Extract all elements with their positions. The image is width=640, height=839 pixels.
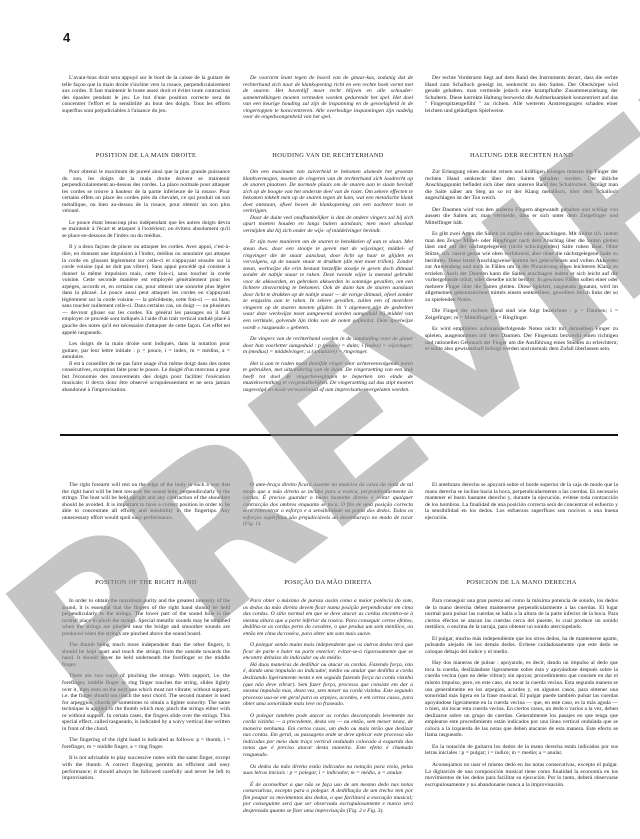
paragraph: En la notación de guitarra los dedos de … xyxy=(425,744,618,757)
paragraph: The fingering of the right hand is indic… xyxy=(62,737,230,750)
intro-paragraph: L'avant-bras droit sera appuyé sur le bo… xyxy=(62,75,230,119)
section-divider xyxy=(60,434,618,436)
document-page: 4 L'avant-bras droit sera appuyé sur le … xyxy=(0,0,640,839)
paragraph: De vingers van de rechterhand worden in … xyxy=(243,336,413,356)
intro-paragraph: Der rechte Vorderarm liegt auf dem Rand … xyxy=(425,75,618,119)
paragraph: In order to obtain the maximum purity an… xyxy=(62,598,230,637)
paragraph: Para obter o máximo de pureza assim como… xyxy=(243,598,413,637)
paragraph: Le pouce étant beaucoup plus indépendant… xyxy=(62,220,230,240)
paragraph: The thumb being much more independent th… xyxy=(62,642,230,668)
intro-text: De voorarm leunt tegen de boord van de g… xyxy=(243,75,413,121)
paragraph: O polegar sendo muito mais independente … xyxy=(243,642,413,662)
section-heading: POSITION DE LA MAIN DROITE xyxy=(62,153,230,160)
intro-paragraph: The right forearm will rest on the edge … xyxy=(62,482,230,526)
section-body: In order to obtain the maximum purity an… xyxy=(62,598,230,787)
paragraph: O polegar também pode atacar as cordas d… xyxy=(243,713,413,759)
page-number: 4 xyxy=(63,30,70,45)
paragraph: Die Finger der rechten Hand sind wie fol… xyxy=(425,308,618,321)
paragraph: Pour obtenir le maximum de pureté ainsi … xyxy=(62,169,230,215)
section-heading: POSICION DE LA MANO DERECHA xyxy=(425,580,618,587)
paragraph: Der Daumen wird von den anderen Fingern … xyxy=(425,207,618,227)
intro-paragraph: El antebrazo derecho se apoyará sobre el… xyxy=(425,482,618,526)
paragraph: Zur Erlangung eines absolut reinen und k… xyxy=(425,169,618,202)
section-body: Om een maximum van zuiverheid te bekomen… xyxy=(243,169,413,399)
paragraph: Es wird empfohlen aufeinanderfolgende No… xyxy=(425,326,618,352)
section-heading: HALTUNG DER RECHTEN HAND xyxy=(425,153,618,160)
paragraph: Há duas maneiras de dedilhar ou atacar a… xyxy=(243,662,413,708)
intro-text: El antebrazo derecho se apoyará sobre el… xyxy=(425,482,618,521)
section-body: Pour obtenir le maximum de pureté ainsi … xyxy=(62,169,230,399)
column-portuguese: O ante-braço direito ficará assente na m… xyxy=(243,482,413,832)
section-body: Para conseguir una gran pureza así como … xyxy=(425,598,618,793)
paragraph: Aconsejamos no usar el mismo dedo en las… xyxy=(425,762,618,788)
section-body: Zur Erlangung eines absolut reinen und k… xyxy=(425,169,618,358)
column-english: The right forearm will rest on the edge … xyxy=(62,482,230,832)
paragraph: É de aconselhar a que não se faça uso de… xyxy=(243,782,413,815)
intro-text: The right forearm will rest on the edge … xyxy=(62,482,230,521)
column-dutch: De voorarm leunt tegen de boord van de g… xyxy=(243,75,413,420)
paragraph: There are two ways of pinching the strin… xyxy=(62,673,230,732)
paragraph: Om een maximum van zuiverheid te bekomen… xyxy=(243,169,413,215)
paragraph: It is not advisable to play successive n… xyxy=(62,755,230,781)
intro-text: O ante-braço direito ficará assente na m… xyxy=(243,482,413,528)
column-french: L'avant-bras droit sera appuyé sur le bo… xyxy=(62,75,230,420)
intro-text: Der rechte Vorderarm liegt auf dem Rand … xyxy=(425,75,618,114)
paragraph: El pulgar, mucho más independiente que l… xyxy=(425,636,618,656)
intro-paragraph: De voorarm leunt tegen de boord van de g… xyxy=(243,75,413,126)
paragraph: Les doigts de la main droite sont indiqu… xyxy=(62,341,230,361)
section-heading: POSIÇÃO DA MÃO DIREITA xyxy=(243,580,413,587)
paragraph: Il y a deux façons de pincer ou attaquer… xyxy=(62,244,230,336)
paragraph: Es gibt zwei Arten die Saiten zu zupfen … xyxy=(425,231,618,303)
paragraph: Daar de duim veel onafhankelijker is dan… xyxy=(243,215,413,235)
intro-paragraph: O ante-braço direito ficará assente na m… xyxy=(243,482,413,533)
paragraph: Er zijn twee manieren om de snaren te be… xyxy=(243,239,413,331)
section-heading: HOUDING VAN DE RECHTERHAND xyxy=(243,153,413,160)
paragraph: Os dedos da mão direita estão indicados … xyxy=(243,764,413,777)
intro-text: L'avant-bras droit sera appuyé sur le bo… xyxy=(62,75,230,114)
column-german: Der rechte Vorderarm liegt auf dem Rand … xyxy=(425,75,618,420)
section-body: Para obter o máximo de pureza assim como… xyxy=(243,598,413,819)
paragraph: Het is aan te raden nooit dezelfde vinge… xyxy=(243,361,413,394)
paragraph: Il est à conseiller de ne pas faire usag… xyxy=(62,361,230,394)
section-heading: POSITION OF THE RIGHT HAND xyxy=(62,580,230,587)
paragraph: Hay dos maneras de pulsar : apoyando, es… xyxy=(425,660,618,739)
column-spanish: El antebrazo derecho se apoyará sobre el… xyxy=(425,482,618,832)
paragraph: Para conseguir una gran pureza así como … xyxy=(425,598,618,631)
